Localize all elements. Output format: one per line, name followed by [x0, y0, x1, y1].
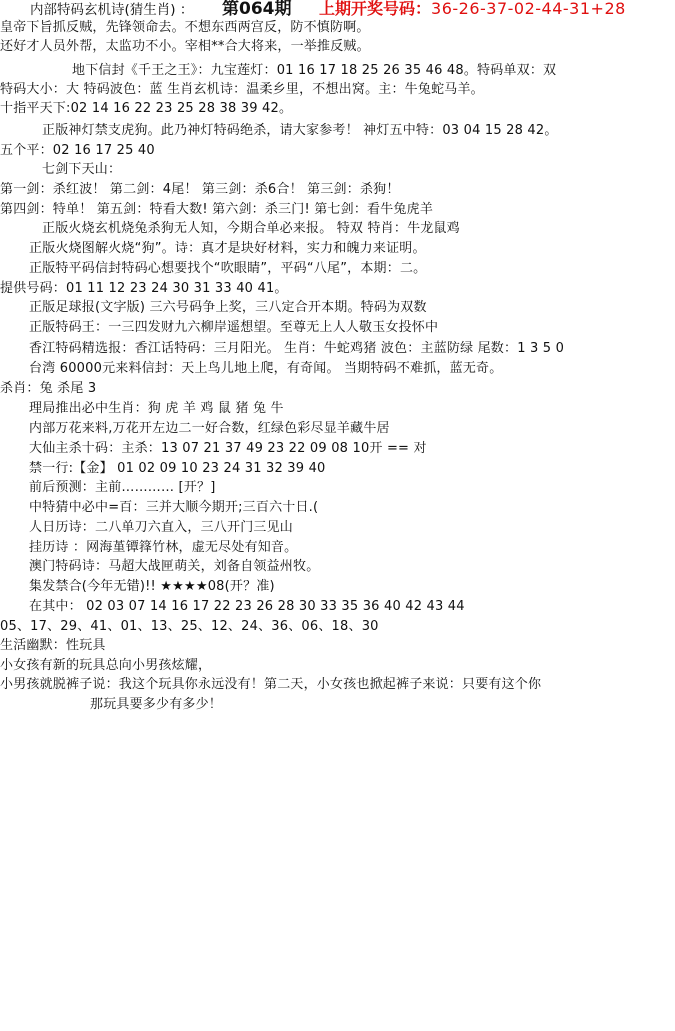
text-line: 正版特平码信封特码心想要找个“吹眼睛”，平码“八尾”，本期：二。	[29, 259, 426, 278]
text-line: 大仙主杀十码：主杀：13 07 21 37 49 23 22 09 08 10开…	[29, 439, 427, 458]
text-line: 澳门特码诗：马超大战匣萌关，刘备自领益州牧。	[29, 557, 319, 576]
text-line: 正版足球报(文字版) 三六号码争上奖，三八定合开本期。特码为双数	[29, 298, 427, 317]
text-line: 十指平天下:02 14 16 22 23 25 28 38 39 42。	[0, 99, 292, 118]
text-line: 正版神灯禁支虎狗。此乃神灯特码绝杀，请大家参考！ 神灯五中特：03 04 15 …	[42, 121, 558, 140]
text-line: 小男孩就脱裤子说：我这个玩具你永远没有！第二天，小女孩也掀起裤子来说：只要有这个…	[0, 675, 541, 694]
text-line: 集发禁合(今年无错)!! ★★★★08(开？准)	[29, 577, 275, 596]
text-line: 皇帝下旨抓反贼，先锋领命去。不想东西两宫反，防不慎防啊。	[0, 18, 370, 37]
last-draw-numbers: 36-26-37-02-44-31+28	[431, 0, 626, 18]
text-line: 内部万花来料,万花开左边二一好合数，红绿色彩尽显羊藏牛居	[29, 419, 390, 438]
text-line: 禁一行:【金】 01 02 09 10 23 24 31 32 39 40	[29, 459, 326, 478]
text-line: 挂历诗 ：网海堇镡箨竹林，虚无尽处有知音。	[29, 538, 297, 557]
text-line: 小女孩有新的玩具总向小男孩炫耀，	[0, 656, 211, 675]
text-line: 正版特码王：一三四发财九六柳岸遥想望。至尊无上人人敬玉女投怀中	[29, 318, 438, 337]
text-line: 那玩具要多少有多少！	[90, 695, 222, 714]
text-line: 生活幽默：性玩具	[0, 636, 106, 655]
text-line: 正版火烧图解火烧“狗”。诗：真才是块好材料，实力和魄力来证明。	[29, 239, 426, 258]
text-line: 香江特码精选报：香江话特码：三月阳光。 生肖：牛蛇鸡猪 波色：主蓝防绿 尾数：1…	[29, 339, 564, 358]
text-line: 杀肖：兔 杀尾 3	[0, 379, 96, 398]
text-line: 在其中： 02 03 07 14 16 17 22 23 26 28 30 33…	[29, 597, 465, 616]
text-line: 特码大小：大 特码波色：蓝 生肖玄机诗：温柔乡里，不想出窝。主：牛兔蛇马羊。	[0, 80, 484, 99]
issue-number: 第064期	[222, 0, 292, 20]
text-line: 第一剑：杀红波！ 第二剑：4尾！ 第三剑：杀6合！ 第三剑：杀狗！	[0, 180, 400, 199]
text-line: 第四剑：特单！ 第五剑：特看大数! 第六剑：杀三门! 第七剑：看牛兔虎羊	[0, 200, 433, 219]
text-line: 人日历诗：二八单刀六直入，三八开门三见山	[29, 518, 293, 537]
text-line: 正版火烧玄机烧兔杀狗无人知，今期合单必来报。 特双 特肖：牛龙鼠鸡	[42, 219, 460, 238]
last-draw-label: 上期开奖号码：	[319, 0, 431, 18]
text-line: 理局推出必中生肖：狗 虎 羊 鸡 鼠 猪 兔 牛	[29, 399, 284, 418]
text-line: 五个平：02 16 17 25 40	[0, 141, 155, 160]
text-line: 还好才人员外帮，太监功不小。宰相**合大将来，一举推反贼。	[0, 37, 370, 56]
poem-title: 内部特码玄机诗(猜生肖) ：	[30, 0, 193, 20]
text-line: 地下信封《千王之王》：九宝莲灯：01 16 17 18 25 26 35 46 …	[72, 61, 556, 80]
text-line: 中特猜中必中=百：三并大顺今期开;三百六十日.(	[29, 498, 318, 517]
text-line: 提供号码：01 11 12 23 24 30 31 33 40 41。	[0, 279, 288, 298]
text-line: 台湾 60000元来料信封：天上鸟儿地上爬，有奇闻。 当期特码不难抓，蓝无奇。	[29, 359, 502, 378]
text-line: 七剑下天山：	[42, 160, 121, 179]
text-line: 05、17、29、41、01、13、25、12、24、36、06、18、30	[0, 617, 379, 636]
last-draw-result: 上期开奖号码：36-26-37-02-44-31+28	[319, 0, 626, 20]
text-line: 前后预测：主前………… [开？]	[29, 478, 215, 497]
